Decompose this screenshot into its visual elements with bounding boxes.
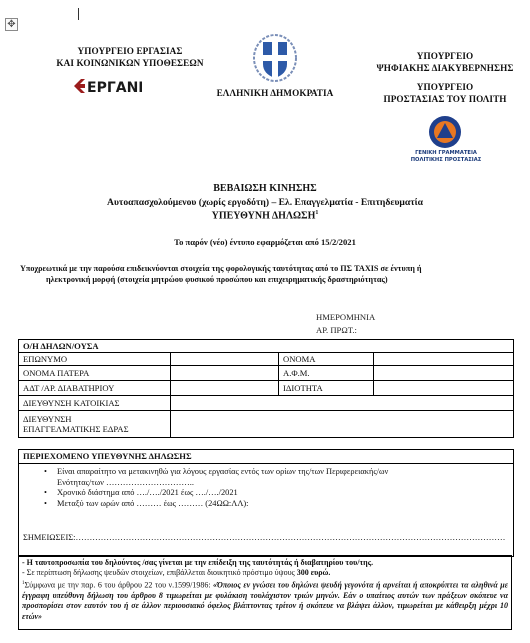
date-label: ΗΜΕΡΟΜΗΝΙΑ (316, 311, 375, 324)
occupation-label: ΙΔΙΟΤΗΤΑ (279, 381, 374, 396)
ergani-logo-icon: ΕΡΓΑΝΗ (72, 76, 142, 96)
protocol-number-label: ΑΡ. ΠΡΩΤ.: (316, 324, 375, 337)
first-name-label: ΟΝΟΜΑ (279, 353, 374, 366)
ministry-citizen-line2: ΠΡΟΣΤΑΣΙΑΣ ΤΟΥ ΠΟΛΙΤΗ (370, 93, 520, 105)
fine-note-text: - Σε περίπτωση δήλωσης ψευδών στοιχείων,… (22, 568, 297, 577)
movement-reason-line2[interactable]: Ενότητας/των ………………………….. (57, 478, 513, 489)
movement-reason-line1: Είναι απαραίτητο να μετακινηθώ για λόγου… (57, 467, 513, 478)
father-name-label: ΟΝΟΜΑ ΠΑΤΕΡΑ (19, 366, 171, 381)
table-row: ΔΙΕΥΘΥΝΣΗ ΕΠΑΓΓΕΛΜΑΤΙΚΗΣ ΕΔΡΑΣ (19, 411, 514, 438)
table-row: ΑΔΤ /ΑΡ. ΔΙΑΒΑΤΗΡΙΟΥ ΙΔΙΟΤΗΤΑ (19, 381, 514, 396)
bullet-icon: • (44, 499, 47, 510)
law-citation: 1Σύμφωνα με την παρ. 6 του άρθρου 22 του… (22, 579, 508, 622)
home-address-field[interactable] (171, 396, 514, 411)
id-passport-field[interactable] (171, 381, 279, 396)
business-address-label-line1: ΔΙΕΥΘΥΝΣΗ (23, 414, 166, 424)
business-address-label-line2: ΕΠΑΓΓΕΛΜΑΤΙΚΗΣ ΕΔΡΑΣ (23, 424, 166, 434)
table-row: ΔΙΕΥΘΥΝΣΗ ΚΑΤΟΙΚΙΑΣ (19, 396, 514, 411)
list-item[interactable]: • Χρονικό διάστημα από …./…./2021 έως ….… (57, 488, 513, 499)
tax-id-field[interactable] (374, 366, 514, 381)
declaration-title-text: ΥΠΕΥΘΥΝΗ ΔΗΛΩΣΗ (212, 210, 316, 221)
date-range-line[interactable]: Χρονικό διάστημα από …./…./2021 έως …./…… (57, 488, 513, 499)
greek-coat-of-arms-icon (251, 32, 299, 84)
ministry-citizen-line1: ΥΠΟΥΡΓΕΙΟ (370, 81, 520, 93)
ministry-digital-line1: ΥΠΟΥΡΓΕΙΟ (370, 50, 520, 62)
list-item[interactable]: • Είναι απαραίτητο να μετακινηθώ για λόγ… (57, 467, 513, 488)
business-address-label: ΔΙΕΥΘΥΝΣΗ ΕΠΑΓΓΕΛΜΑΤΙΚΗΣ ΕΔΡΑΣ (19, 411, 171, 438)
fine-note: - Σε περίπτωση δήλωσης ψευδών στοιχείων,… (22, 568, 508, 578)
time-range-line[interactable]: Μεταξύ των ωρών από ……… έως ……… (24ΩΩ:ΛΛ… (57, 499, 513, 510)
date-protocol-block: ΗΜΕΡΟΜΗΝΙΑ ΑΡ. ΠΡΩΤ.: (316, 311, 375, 337)
content-list: • Είναι απαραίτητο να μετακινηθώ για λόγ… (19, 467, 513, 509)
civil-protection-logo-icon (428, 115, 462, 149)
table-row: ΕΠΩΝΥΜΟ ΟΝΟΜΑ (19, 353, 514, 366)
table-row: ΟΝΟΜΑ ΠΑΤΕΡΑ Α.Φ.Μ. (19, 366, 514, 381)
identity-note: - Η ταυτοπροσωπία του δηλούντος /σας γίν… (22, 558, 508, 568)
footnote-marker: 1 (315, 210, 318, 216)
declaration-content-section: ΠΕΡΙΕΧΟΜΕΝΟ ΥΠΕΥΘΥΝΗΣ ΔΗΛΩΣΗΣ • Είναι απ… (18, 449, 514, 557)
civil-protection-caption: ΓΕΝΙΚΗ ΓΡΑΜΜΑΤΕΙΑ ΠΟΛΙΤΙΚΗΣ ΠΡΟΣΤΑΣΙΑΣ (400, 150, 492, 163)
occupation-field[interactable] (374, 381, 514, 396)
law-reference: Σύμφωνα με την παρ. 6 του άρθρου 22 του … (25, 580, 214, 589)
effective-date-note: Το παρόν (νέο) έντυπο εφαρμόζεται από 15… (0, 237, 530, 247)
business-address-field[interactable] (171, 411, 514, 438)
declarant-header: Ο/Η ΔΗΛΩΝ/ΟΥΣΑ (19, 340, 514, 353)
notes-field[interactable]: ΣΗΜΕΙΩΣΕΙΣ:……………………………………………………………………………… (23, 533, 505, 542)
cp-caption-line2: ΠΟΛΙΤΙΚΗΣ ΠΡΟΣΤΑΣΙΑΣ (400, 157, 492, 164)
text-cursor (78, 8, 79, 20)
list-item[interactable]: • Μεταξύ των ωρών από ……… έως ……… (24ΩΩ:… (57, 499, 513, 510)
home-address-label: ΔΙΕΥΘΥΝΣΗ ΚΑΤΟΙΚΙΑΣ (19, 396, 171, 411)
tax-id-label: Α.Φ.Μ. (279, 366, 374, 381)
intro-line1: Υποχρεωτικά με την παρούσα επιδεικνύοντα… (20, 264, 422, 273)
intro-instructions: Υποχρεωτικά με την παρούσα επιδεικνύοντα… (20, 263, 515, 285)
id-passport-label: ΑΔΤ /ΑΡ. ΔΙΑΒΑΤΗΡΙΟΥ (19, 381, 171, 396)
ministry-citizen-protection-label: ΥΠΟΥΡΓΕΙΟ ΠΡΟΣΤΑΣΙΑΣ ΤΟΥ ΠΟΛΙΤΗ (370, 81, 520, 105)
fine-amount: 300 ευρώ. (297, 568, 331, 577)
bullet-icon: • (44, 467, 47, 478)
declaration-title: ΥΠΕΥΘΥΝΗ ΔΗΛΩΣΗ1 (0, 210, 530, 221)
surname-label: ΕΠΩΝΥΜΟ (19, 353, 171, 366)
ministry-labour-line2: ΚΑΙ ΚΟΙΝΩΝΙΚΩΝ ΥΠΟΘΕΣΕΩΝ (30, 57, 230, 69)
surname-field[interactable] (171, 353, 279, 366)
bullet-icon: • (44, 488, 47, 499)
ministry-labour-label: ΥΠΟΥΡΓΕΙΟ ΕΡΓΑΣΙΑΣ ΚΑΙ ΚΟΙΝΩΝΙΚΩΝ ΥΠΟΘΕΣ… (30, 45, 230, 69)
document-title: ΒΕΒΑΙΩΣΗ ΚΙΝΗΣΗΣ (0, 183, 530, 194)
ministry-digital-governance-label: ΥΠΟΥΡΓΕΙΟ ΨΗΦΙΑΚΗΣ ΔΙΑΚΥΒΕΡΝΗΣΗΣ (370, 50, 520, 74)
ministry-digital-line2: ΨΗΦΙΑΚΗΣ ΔΙΑΚΥΒΕΡΝΗΣΗΣ (370, 62, 520, 74)
ministry-labour-line1: ΥΠΟΥΡΓΕΙΟ ΕΡΓΑΣΙΑΣ (30, 45, 230, 57)
content-header: ΠΕΡΙΕΧΟΜΕΝΟ ΥΠΕΥΘΥΝΗΣ ΔΗΛΩΣΗΣ (19, 450, 513, 464)
hellenic-republic-label: ΕΛΛΗΝΙΚΗ ΔΗΜΟΚΡΑΤΙΑ (195, 87, 355, 99)
table-move-handle-icon[interactable]: ✥ (5, 18, 18, 31)
legal-footer: - Η ταυτοπροσωπία του δηλούντος /σας γίν… (18, 555, 512, 630)
first-name-field[interactable] (374, 353, 514, 366)
father-name-field[interactable] (171, 366, 279, 381)
intro-line2: ηλεκτρονική μορφή (στοιχεία μητρώου φυσι… (20, 274, 515, 285)
declarant-table: Ο/Η ΔΗΛΩΝ/ΟΥΣΑ ΕΠΩΝΥΜΟ ΟΝΟΜΑ ΟΝΟΜΑ ΠΑΤΕΡ… (18, 339, 514, 438)
ergani-logo-text: ΕΡΓΑΝΗ (87, 80, 142, 96)
document-subtitle: Αυτοαπασχολούμενου (χωρίς εργοδότη) – Ελ… (0, 197, 530, 208)
